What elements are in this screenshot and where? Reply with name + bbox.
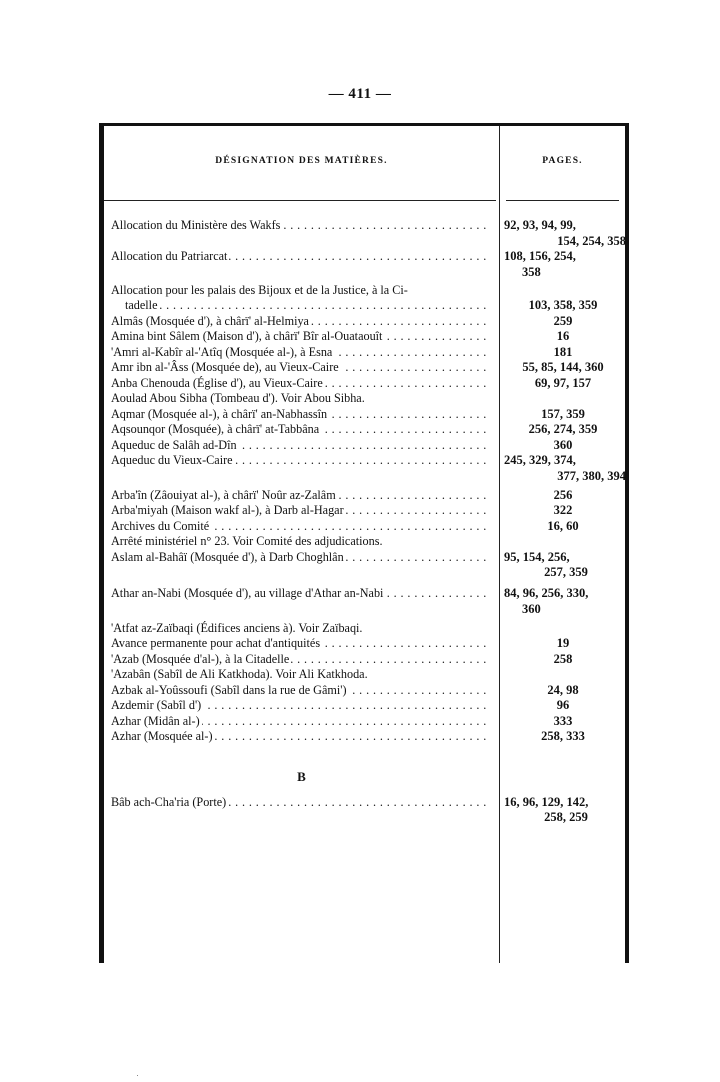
index-entry: Aoulad Abou Sibha (Tombeau d'). Voir Abo…: [104, 391, 625, 407]
index-table: DÉSIGNATION DES MATIÈRES. PAGES. Allocat…: [99, 123, 629, 963]
index-entry: 'Atfat az-Zaïbaqi (Édifices anciens à). …: [104, 621, 625, 637]
page-number: — 411 —: [0, 86, 720, 103]
entry-designation: Archives du Comité: [111, 519, 211, 533]
entry-pages: 256: [501, 488, 625, 504]
entry-pages: 258: [501, 652, 625, 668]
index-entry: Azdemir (Sabîl d') 96: [104, 698, 625, 714]
entry-pages: 69, 97, 157: [501, 376, 625, 392]
index-entry: Amina bint Sâlem (Maison d'), à chârï' B…: [104, 329, 625, 345]
entry-pages: 96: [501, 698, 625, 714]
entry-pages: 16, 60: [501, 519, 625, 535]
index-entry: 'Azab (Mosquée d'al-), à la Citadelle 25…: [104, 652, 625, 668]
entry-pages: 245, 329, 374,377, 380, 394: [501, 453, 628, 484]
entry-designation: Allocation pour les palais des Bijoux et…: [111, 283, 410, 297]
index-entry: Allocation pour les palais des Bijoux et…: [104, 283, 625, 299]
entry-pages: 256, 274, 359: [501, 422, 625, 438]
entry-designation: Avance permanente pour achat d'antiquité…: [111, 636, 322, 650]
index-entry: 'Azabân (Sabîl de Ali Katkhoda). Voir Al…: [104, 667, 625, 683]
entry-designation: Amina bint Sâlem (Maison d'), à chârï' B…: [111, 329, 384, 343]
entry-pages: 16, 96, 129, 142,258, 259: [501, 795, 628, 826]
entry-designation: Arrêté ministériel n° 23. Voir Comité de…: [111, 534, 385, 548]
index-entry: Azhar (Midân al-) 333: [104, 714, 625, 730]
entry-pages: 360: [501, 438, 625, 454]
index-entry-continued: tadelle 103, 358, 359: [104, 298, 625, 314]
index-entry: Aqmar (Mosquée al-), à chârï' an-Nabhass…: [104, 407, 625, 423]
entry-designation: Aoulad Abou Sibha (Tombeau d'). Voir Abo…: [111, 391, 367, 405]
index-entry: Arba'miyah (Maison wakf al-), à Darb al-…: [104, 503, 625, 519]
entry-designation: Arba'în (Zâouiyat al-), à chârï' Noûr az…: [111, 488, 338, 502]
entry-designation: Arba'miyah (Maison wakf al-), à Darb al-…: [111, 503, 346, 517]
entry-pages: 258, 333: [501, 729, 625, 745]
entry-designation: 'Azabân (Sabîl de Ali Katkhoda). Voir Al…: [111, 667, 370, 681]
entry-pages: 108, 156, 254,358: [501, 249, 628, 280]
entry-designation: Azbak al-Yoûssoufi (Sabîl dans la rue de…: [111, 683, 349, 697]
entry-designation: Athar an-Nabi (Mosquée d'), au village d…: [111, 586, 385, 600]
header-rule: [506, 200, 619, 201]
index-entry: Avance permanente pour achat d'antiquité…: [104, 636, 625, 652]
entry-designation: Aqueduc du Vieux-Caire: [111, 453, 235, 467]
entry-designation: Azhar (Midân al-): [111, 714, 202, 728]
entry-designation: Aqsounqor (Mosquée), à chârï' at-Tabbâna: [111, 422, 321, 436]
entry-designation: Almâs (Mosquée d'), à chârï' al-Helmiya: [111, 314, 311, 328]
entry-designation: 'Atfat az-Zaïbaqi (Édifices anciens à). …: [111, 621, 364, 635]
index-entry: Allocation du Ministère des Wakfs 92, 93…: [104, 218, 625, 234]
index-entry: 'Amri al-Kabîr al-'Atîq (Mosquée al-), à…: [104, 345, 625, 361]
index-entry: Azhar (Mosquée al-) 258, 333: [104, 729, 625, 745]
index-entries: Allocation du Ministère des Wakfs 92, 93…: [104, 218, 625, 810]
index-entry: Aqueduc du Vieux-Caire 245, 329, 374,377…: [104, 453, 625, 469]
entry-pages: 181: [501, 345, 625, 361]
entry-designation: Aqueduc de Salâh ad-Dîn: [111, 438, 239, 452]
entry-pages: 92, 93, 94, 99,154, 254, 358: [501, 218, 628, 249]
entry-designation: Bâb ach-Cha'ria (Porte): [111, 795, 228, 809]
scan-speck: [137, 1075, 138, 1076]
table-header: DÉSIGNATION DES MATIÈRES. PAGES.: [104, 126, 625, 200]
entry-pages: 16: [501, 329, 625, 345]
index-entry: Archives du Comité 16, 60: [104, 519, 625, 535]
index-entry: Amr ibn al-'Âss (Mosquée de), au Vieux-C…: [104, 360, 625, 376]
entry-designation: Aslam al-Bahâï (Mosquée d'), à Darb Chog…: [111, 550, 346, 564]
index-entry: Aqueduc de Salâh ad-Dîn 360: [104, 438, 625, 454]
section-heading-b: B: [104, 769, 499, 785]
entry-pages: 55, 85, 144, 360: [501, 360, 625, 376]
index-entry: Aslam al-Bahâï (Mosquée d'), à Darb Chog…: [104, 550, 625, 566]
entry-pages: 19: [501, 636, 625, 652]
header-pages: PAGES.: [500, 156, 625, 166]
index-entry: Allocation du Patriarcat 108, 156, 254,3…: [104, 249, 625, 265]
entry-designation: 'Azab (Mosquée d'al-), à la Citadelle: [111, 652, 291, 666]
index-entry: Azbak al-Yoûssoufi (Sabîl dans la rue de…: [104, 683, 625, 699]
index-entry: Arrêté ministériel n° 23. Voir Comité de…: [104, 534, 625, 550]
entry-pages: 333: [501, 714, 625, 730]
index-entry: Anba Chenouda (Église d'), au Vieux-Cair…: [104, 376, 625, 392]
entry-pages: 259: [501, 314, 625, 330]
entry-designation: Aqmar (Mosquée al-), à chârï' an-Nabhass…: [111, 407, 329, 421]
entry-pages: 103, 358, 359: [501, 298, 625, 314]
index-entry: Almâs (Mosquée d'), à chârï' al-Helmiya …: [104, 314, 625, 330]
index-entry: Aqsounqor (Mosquée), à chârï' at-Tabbâna…: [104, 422, 625, 438]
entry-designation: Amr ibn al-'Âss (Mosquée de), au Vieux-C…: [111, 360, 341, 374]
entry-designation: Azdemir (Sabîl d'): [111, 698, 203, 712]
entry-designation-continued: tadelle: [111, 298, 159, 312]
entry-pages: 24, 98: [501, 683, 625, 699]
entry-pages: 95, 154, 256,257, 359: [501, 550, 628, 581]
index-entry: Bâb ach-Cha'ria (Porte) 16, 96, 129, 142…: [104, 795, 625, 811]
entry-designation: Allocation du Patriarcat: [111, 249, 229, 263]
entry-pages: 322: [501, 503, 625, 519]
header-rule: [104, 200, 496, 201]
entry-designation: Anba Chenouda (Église d'), au Vieux-Cair…: [111, 376, 325, 390]
entry-pages: 84, 96, 256, 330,360: [501, 586, 628, 617]
entry-designation: 'Amri al-Kabîr al-'Atîq (Mosquée al-), à…: [111, 345, 334, 359]
index-entry: Athar an-Nabi (Mosquée d'), au village d…: [104, 586, 625, 602]
entry-designation: Allocation du Ministère des Wakfs: [111, 218, 282, 232]
entry-pages: 157, 359: [501, 407, 625, 423]
index-entry: Arba'în (Zâouiyat al-), à chârï' Noûr az…: [104, 488, 625, 504]
entry-designation: Azhar (Mosquée al-): [111, 729, 215, 743]
header-designation: DÉSIGNATION DES MATIÈRES.: [104, 156, 499, 166]
